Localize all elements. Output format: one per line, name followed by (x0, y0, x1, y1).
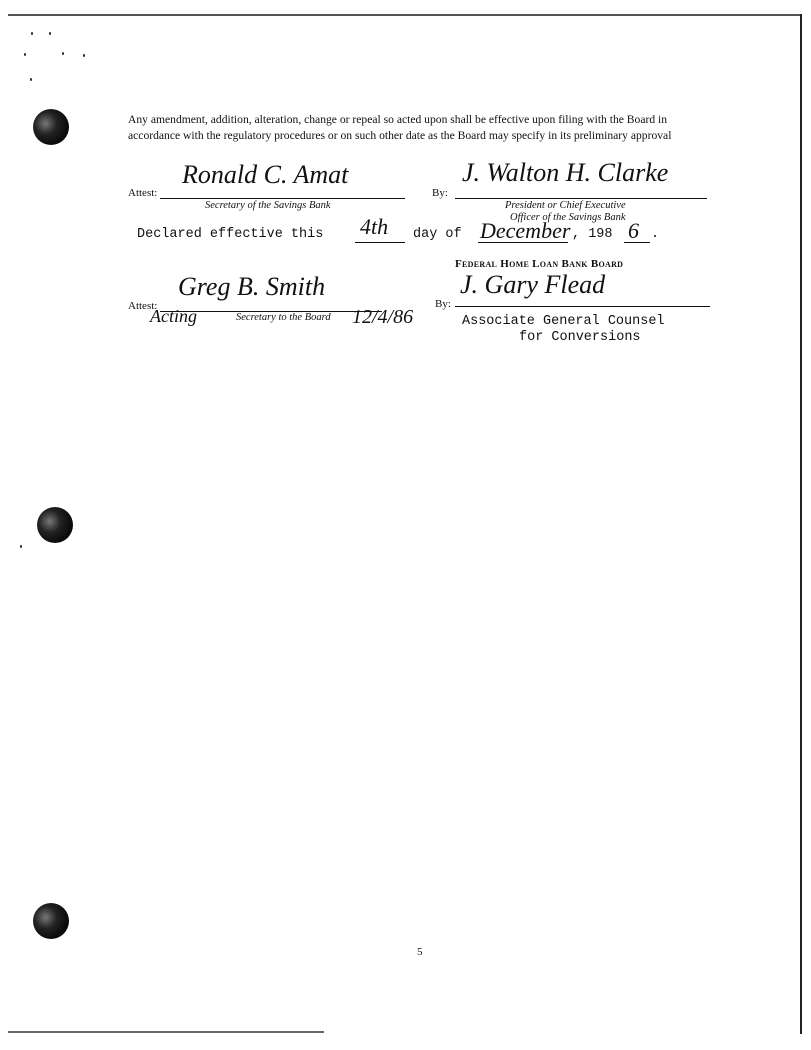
scan-speck (24, 53, 26, 56)
declaration-year-prefix: , 198 (572, 227, 613, 242)
page-border-bottom (8, 1031, 324, 1033)
board-attest-date: 12/4/86 (352, 306, 413, 329)
declaration-middle: day of (413, 227, 462, 242)
board-by-signature: J. Gary Flead (460, 270, 605, 300)
board-by-signature-line (455, 306, 710, 307)
board-by-label: By: (435, 298, 451, 310)
declaration-month: December (480, 218, 570, 244)
punch-hole-middle (37, 507, 73, 543)
scan-speck (62, 52, 64, 55)
scan-speck (49, 32, 51, 35)
page-number: 5 (417, 946, 423, 958)
attest-signature: Ronald C. Amat (182, 160, 348, 190)
by-signature-line (455, 198, 707, 199)
declaration-year-line (624, 242, 650, 243)
declaration-day-line (355, 242, 405, 243)
punch-hole-bottom (33, 903, 69, 939)
board-attest-acting: Acting (150, 306, 197, 327)
board-by-caption-line2: for Conversions (519, 330, 641, 345)
punch-hole-top (33, 109, 69, 145)
declaration-day: 4th (360, 214, 388, 240)
board-heading: Federal Home Loan Bank Board (455, 258, 623, 270)
by-signature: J. Walton H. Clarke (462, 158, 668, 188)
scan-speck (20, 545, 22, 548)
by-caption-line1: President or Chief Executive (505, 200, 626, 211)
page-border-right (800, 14, 802, 1034)
board-attest-caption: Secretary to the Board (236, 312, 331, 323)
declaration-year: 6 (628, 218, 639, 244)
scan-speck (30, 78, 32, 81)
declaration-prefix: Declared effective this (137, 227, 323, 242)
declaration-month-line (478, 242, 568, 243)
page-border-top (8, 14, 802, 16)
scan-speck (31, 32, 33, 35)
board-by-caption-line1: Associate General Counsel (462, 314, 665, 329)
attest-caption: Secretary of the Savings Bank (205, 200, 331, 211)
by-label: By: (432, 187, 448, 199)
attest-label: Attest: (128, 187, 157, 199)
declaration-suffix: . (651, 227, 659, 242)
attest-signature-line (160, 198, 405, 199)
board-attest-signature: Greg B. Smith (178, 272, 325, 302)
body-paragraph: Any amendment, addition, alteration, cha… (128, 112, 713, 143)
scan-speck (83, 54, 85, 57)
